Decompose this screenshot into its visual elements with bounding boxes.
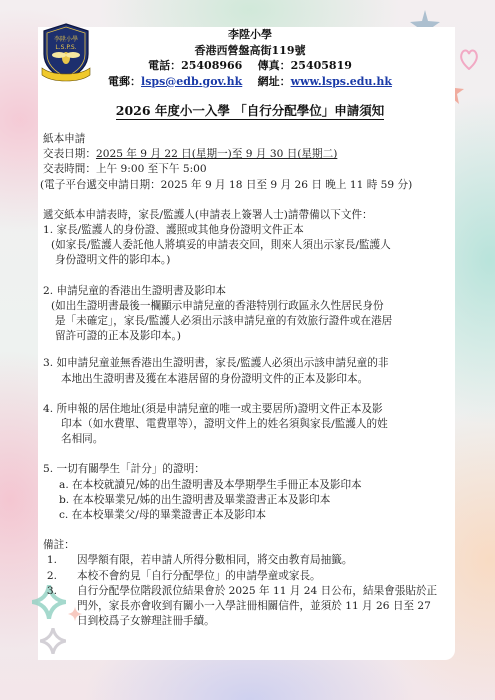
document-title: 2026 年度小一入學 「自行分配學位」申請須知 xyxy=(100,101,400,119)
email-link[interactable]: lsps@edb.gov.hk xyxy=(141,75,242,88)
submission-date: 交表日期：2025 年 9 月 22 日(星期一)至 9 月 30 日(星期二) xyxy=(43,147,448,162)
document-item-1: 1. 家長/監護人的身份證、護照或其他身份證明文件正本 xyxy=(43,223,448,238)
phone-label: 電話： xyxy=(148,59,181,72)
remarks-heading: 備註： xyxy=(43,538,448,553)
school-crest-logo: 李陞小學 L.S.P.S. xyxy=(40,22,92,86)
document-item-4: 4. 所申報的居住地址(須是申請兒童的唯一或主要居所)證明文件正本及影 xyxy=(43,402,448,417)
online-submission-note: (電子平台遞交申請日期：2025 年 9 月 18 日至 9 月 26 日 晚上… xyxy=(40,178,448,193)
remark-item-1: 1.因學額有限，若申請人所得分數相同，將交由教育局抽籤。 xyxy=(43,553,448,568)
document-item-5-sub-a: a. 在本校就讀兄/姊的出生證明書及本學期學生手冊正本及影印本 xyxy=(43,478,448,493)
document-item-2: 2. 申請兒童的香港出生證明書及影印本 xyxy=(43,284,448,299)
submission-date-value: 2025 年 9 月 22 日(星期一)至 9 月 30 日(星期二) xyxy=(96,148,337,160)
document-item-5-sub-c: c. 在本校畢業父/母的畢業證書正本及影印本 xyxy=(43,508,448,523)
phone-number: 25408966 xyxy=(181,59,242,72)
heart-icon-pink-2 xyxy=(460,48,478,70)
document-item-3: 本地出生證明書及獲在本港居留的身份證明文件的正本及影印本。 xyxy=(43,372,448,387)
document-item-4: 印本（如水費單、電費單等），證明文件上的姓名須與家長/監護人的姓 xyxy=(43,417,448,432)
remark-item-3: 3.自行分配學位階段派位結果會於 2025 年 11 月 24 日公布，結果會張… xyxy=(43,584,448,599)
school-name: 李陞小學 xyxy=(100,27,400,43)
contact-phone-fax: 電話：25408966 傳真：25405819 xyxy=(100,58,400,74)
document-item-1-note: 身份證明文件的影印本。) xyxy=(43,253,448,268)
document-item-5: 5. 一切有關學生「計分」的證明： xyxy=(43,462,448,477)
remark-item-2: 2.本校不會約見「自行分配學位」的申請學童或家長。 xyxy=(43,569,448,584)
document-item-2-note: 是「未確定」，家長/監護人必須出示該申請兒童的有效旅行證件或在港居 xyxy=(43,314,448,329)
documents-intro: 遞交紙本申請表時，家長/監護人(申請表上簽署人士)請帶備以下文件： xyxy=(43,208,448,223)
remarks-section: 備註： 1.因學額有限，若申請人所得分數相同，將交由教育局抽籤。 2.本校不會約… xyxy=(43,538,448,629)
fax-label: 傳真： xyxy=(258,59,291,72)
fax-number: 25405819 xyxy=(291,59,352,72)
svg-text:L.S.P.S.: L.S.P.S. xyxy=(55,44,76,51)
document-item-2-note: 留許可證的正本及影印本。) xyxy=(43,329,448,344)
email-label: 電郵： xyxy=(108,75,141,88)
website-label: 網址： xyxy=(258,75,291,88)
document-item-2-note: (如出生證明書最後一欄顯示申請兒童的香港特別行政區永久性居民身份 xyxy=(43,299,448,314)
submission-time-value: 上午 9:00 至下午 5:00 xyxy=(96,163,207,175)
document-body: 紙本申請 交表日期：2025 年 9 月 22 日(星期一)至 9 月 30 日… xyxy=(43,132,448,629)
website-link[interactable]: www.lsps.edu.hk xyxy=(291,75,392,88)
remark-item-3-cont: 日到校爲子女辦理註冊手續。 xyxy=(43,614,448,629)
svg-text:李陞小學: 李陞小學 xyxy=(54,35,78,43)
document-item-1-note: (如家長/監護人委託他人將填妥的申請表交回，則來人須出示家長/監護人 xyxy=(43,238,448,253)
document-item-5-sub-b: b. 在本校畢業兄/姊的出生證明書及畢業證書正本及影印本 xyxy=(43,493,448,508)
submission-time: 交表時間：上午 9:00 至下午 5:00 xyxy=(43,162,448,177)
school-address: 香港西營盤高街119號 xyxy=(100,43,400,59)
contact-email-web: 電郵：lsps@edb.gov.hk 網址：www.lsps.edu.hk xyxy=(100,74,400,90)
remark-item-3-cont: 門外，家長亦會收到有關小一入學註冊相關信件，並須於 11 月 26 日至 27 xyxy=(43,599,448,614)
school-header: 李陞小學 香港西營盤高街119號 電話：25408966 傳真：25405819… xyxy=(100,27,400,89)
document-item-3: 3. 如申請兒童並無香港出生證明書，家長/監護人必須出示該申請兒童的非 xyxy=(43,356,448,371)
document-item-4: 名相同。 xyxy=(43,432,448,447)
paper-application-heading: 紙本申請 xyxy=(43,132,448,147)
